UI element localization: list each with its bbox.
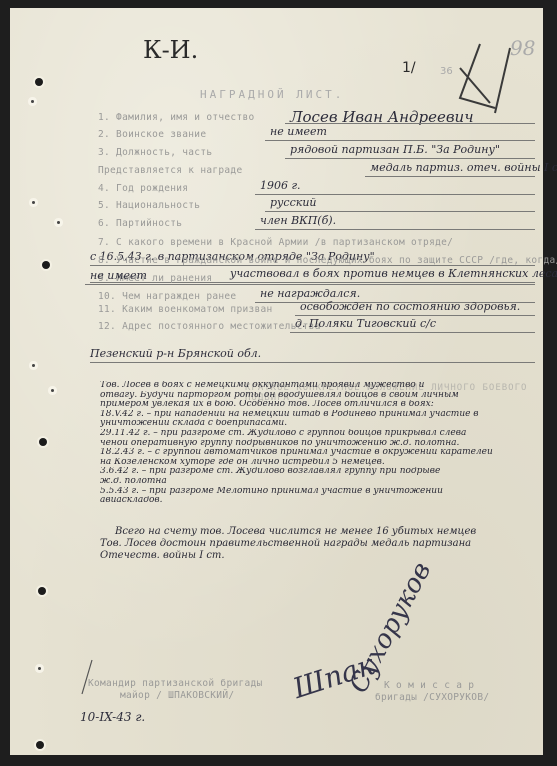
pin-mark — [32, 201, 35, 204]
right-signer-name: бригады /СУХОРУКОВ/ — [375, 692, 489, 703]
field-label: 8. Участие в гражданской войне и последу… — [98, 255, 557, 266]
left-signer-role: Командир партизанской бригады — [88, 678, 263, 689]
narrative-line: отвагу. Будучи парторгом роты он воодуше… — [100, 391, 557, 401]
narrative-line: уничтожении склада с боеприпасами. — [100, 419, 557, 429]
underline — [295, 315, 535, 316]
binder-hole — [35, 78, 43, 86]
underline — [265, 140, 535, 141]
narrative-text: Тов. Лосев в боях с немецкими оккупантам… — [100, 381, 557, 562]
field-value: д. Поляки Тиговский с/с — [295, 317, 436, 330]
underline — [90, 362, 535, 363]
field-label: 12. Адрес постоянного местожительства — [98, 321, 321, 332]
binder-hole — [36, 741, 44, 749]
field-value: медаль партиз. отеч. войны I ст. — [370, 161, 557, 174]
pin-mark — [32, 364, 35, 367]
field-value: Пезенский р-н Брянской обл. — [90, 347, 261, 360]
narrative-line: 3.6.42 г. – при разгроме ст. Жудилово во… — [100, 467, 557, 477]
underline — [365, 176, 535, 177]
underline — [255, 194, 535, 195]
underline — [265, 211, 535, 212]
narrative-line: Отечеств. войны I ст. — [100, 550, 557, 562]
field-value: член ВКП(б). — [260, 214, 336, 227]
document-title: НАГРАДНОЙ ЛИСТ. — [200, 88, 344, 101]
narrative-line: 18.2.43 г. – с группой автоматчиков прин… — [100, 448, 557, 458]
field-label: 10. Чем награжден ранее — [98, 291, 236, 302]
field-label: 2. Воинское звание — [98, 129, 206, 140]
underline — [285, 158, 535, 159]
narrative-line: 5.5.43 г. – при разгроме Мелотино приним… — [100, 487, 557, 497]
field-label: Представляется к награде — [98, 165, 242, 176]
field-label: 11. Каким военкоматом призван — [98, 304, 273, 315]
left-date: 10-IX-43 г. — [80, 710, 145, 724]
narrative-line: авиаскладов. — [100, 496, 557, 506]
binder-hole — [42, 261, 50, 269]
pin-mark — [31, 100, 34, 103]
underline — [85, 284, 535, 285]
underline — [255, 229, 535, 230]
field-label: 6. Партийность — [98, 218, 182, 229]
narrative-line: ченой оперативную группу подрывников по … — [100, 439, 557, 449]
field-label: 7. С какого времени в Красной Армии /в п… — [98, 237, 453, 248]
pin-mark — [51, 389, 54, 392]
field-value: русский — [270, 196, 316, 209]
binder-hole — [38, 587, 46, 595]
field-value: не имеет — [90, 269, 147, 282]
field-label: 3. Должность, часть — [98, 147, 212, 158]
field-value: 1906 г. — [260, 179, 301, 192]
narrative-line: на Козеленском хуторе где он лично истре… — [100, 458, 557, 468]
binder-hole — [39, 438, 47, 446]
pencil-mark — [440, 38, 520, 118]
award-sheet-paper: К-И. 1/ 36 98 НАГРАДНОЙ ЛИСТ. 1. Фамилия… — [10, 8, 543, 755]
narrative-line: 18.V.42 г. – при нападении на немецкий ш… — [100, 410, 557, 420]
narrative-line: Всего на счету тов. Лосева числится не м… — [100, 526, 557, 538]
underline — [285, 123, 535, 124]
narrative-line: Тов. Лосев в боях с немецкими оккупантам… — [100, 381, 557, 391]
narrative-line: 29.11.42 г. – при разгроме ст. Жудилово … — [100, 429, 557, 439]
top-right-mark-1: 1/ — [402, 60, 416, 76]
narrative-line: примером увлекая их в бою. Особенно тов.… — [100, 400, 557, 410]
corner-mark: К-И. — [143, 36, 198, 64]
right-signer-role: К о м и с с а р — [384, 680, 474, 691]
field-value: участвовал в боях против немцев в Клетня… — [230, 267, 557, 280]
narrative-line: ж.д. полотна — [100, 477, 557, 487]
field-value: не имеет — [270, 125, 327, 138]
field-value: не награждался. — [260, 287, 360, 300]
underline — [290, 332, 535, 333]
pin-mark — [57, 221, 60, 224]
field-label: 4. Год рождения — [98, 183, 188, 194]
field-value: рядовой партизан П.Б. "За Родину" — [290, 143, 500, 156]
field-value: освобожден по состоянию здоровья. — [300, 300, 520, 313]
field-label: 5. Национальность — [98, 200, 200, 211]
left-signer-name: майор / ШПАКОВСКИЙ/ — [120, 690, 234, 701]
field-label: 1. Фамилия, имя и отчество — [98, 112, 255, 123]
right-signature: Сухоруков — [344, 557, 438, 698]
pin-mark — [38, 667, 41, 670]
narrative-line: Тов. Лосев достоин правительственной наг… — [100, 538, 557, 550]
